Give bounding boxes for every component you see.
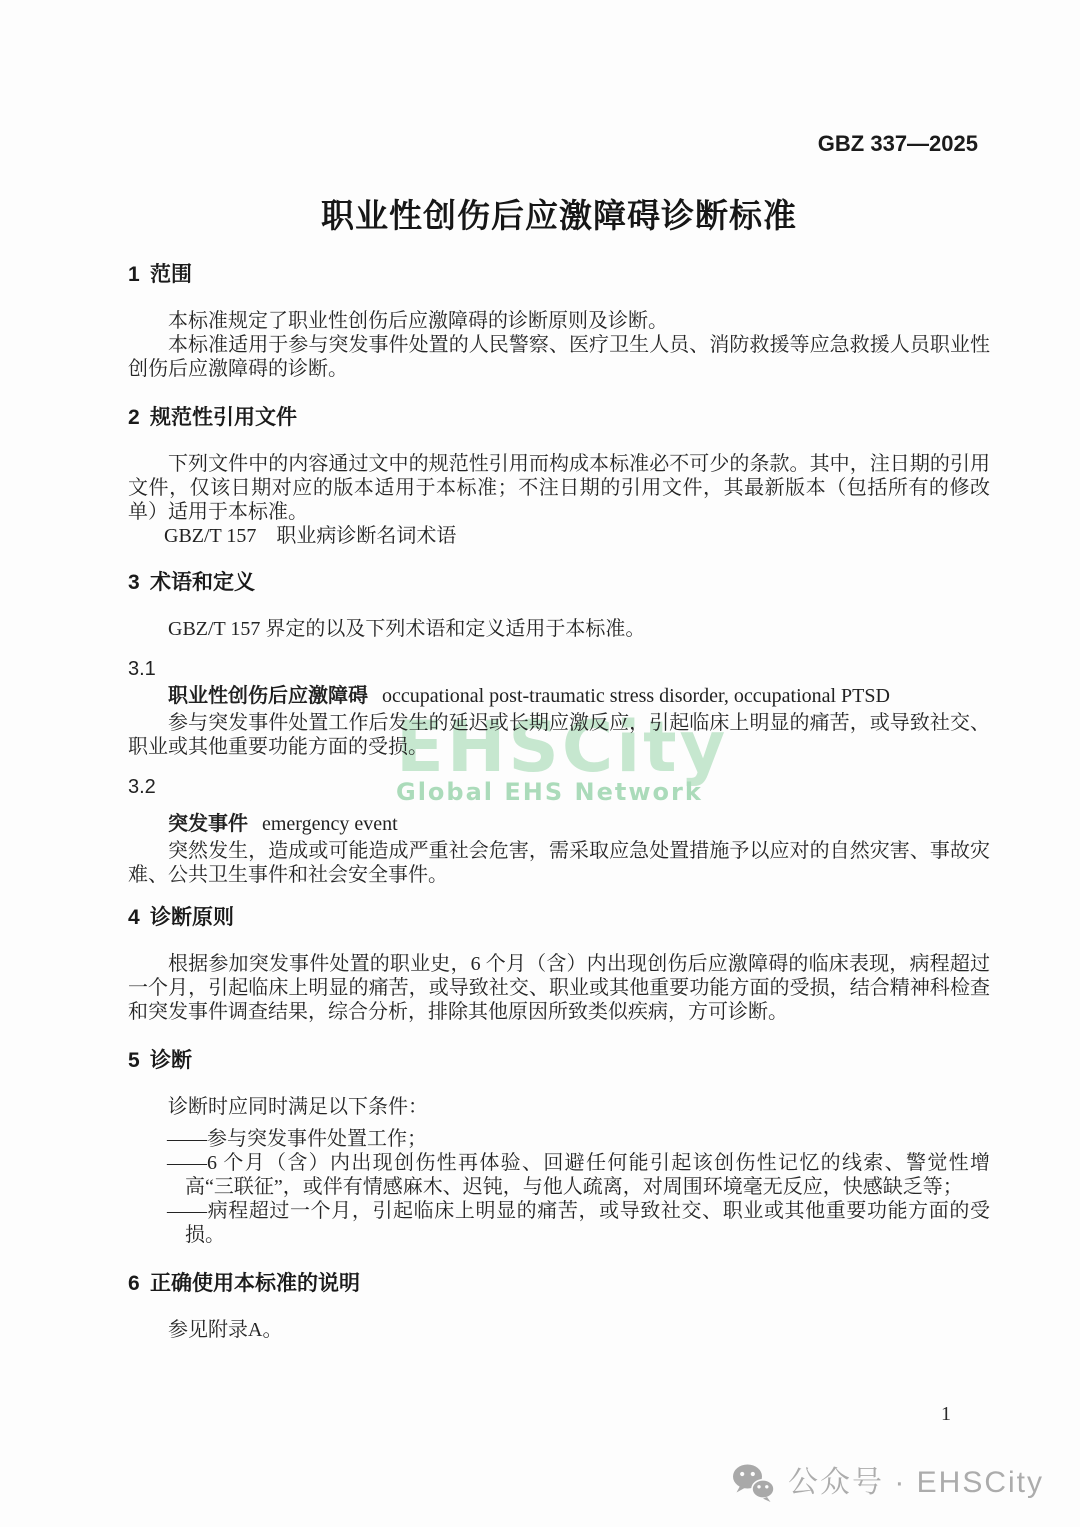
standard-code: GBZ 337—2025 (128, 131, 990, 157)
term-definition: 参与突发事件处置工作后发生的延迟或长期应激反应，引起临床上明显的痛苦，或导致社交… (128, 711, 990, 759)
paragraph: 根据参加突发事件处置的职业史，6 个月（含）内出现创伤后应激障碍的临床表现，病程… (128, 952, 990, 1024)
section-title: 正确使用本标准的说明 (150, 1272, 360, 1295)
wechat-account-label: 公众号 · EHSCity (788, 1461, 1044, 1505)
clause-number: 3.1 (128, 657, 990, 681)
page-number: 1 (941, 1402, 951, 1426)
section-number: 6 (128, 1271, 150, 1297)
wechat-icon (732, 1463, 776, 1503)
section-title: 诊断 (150, 1049, 192, 1072)
term-name-cn: 突发事件 (168, 813, 248, 835)
section-number: 3 (128, 570, 150, 596)
term-name-en: emergency event (262, 813, 398, 835)
section-title: 术语和定义 (150, 571, 255, 594)
list-item: ——6 个月（含）内出现创伤性再体验、回避任何能引起该创伤性记忆的线索、警觉性增… (128, 1151, 990, 1199)
paragraph: 本标准规定了职业性创伤后应激障碍的诊断原则及诊断。 (128, 309, 990, 333)
footer: 公众号 · EHSCity (732, 1461, 1044, 1505)
term-line: 突发事件emergency event (128, 812, 990, 836)
page-title: 职业性创伤后应激障碍诊断标准 (128, 195, 990, 237)
section-2-heading: 2规范性引用文件 (128, 405, 990, 431)
section-title: 范围 (150, 263, 192, 286)
paragraph: 诊断时应同时满足以下条件： (128, 1095, 990, 1119)
section-4-heading: 4诊断原则 (128, 905, 990, 931)
paragraph: GBZ/T 157 界定的以及下列术语和定义适用于本标准。 (128, 617, 990, 641)
page-content: GBZ 337—2025 职业性创伤后应激障碍诊断标准 1范围 本标准规定了职业… (0, 131, 1080, 1342)
term-name-cn: 职业性创伤后应激障碍 (168, 685, 368, 707)
paragraph: 参见附录A。 (128, 1318, 990, 1342)
term-name-en: occupational post-traumatic stress disor… (382, 685, 890, 707)
section-number: 1 (128, 262, 150, 288)
section-title: 诊断原则 (150, 906, 234, 929)
section-title: 规范性引用文件 (150, 406, 297, 429)
section-number: 4 (128, 905, 150, 931)
list-item: ——病程超过一个月，引起临床上明显的痛苦，或导致社交、职业或其他重要功能方面的受… (128, 1199, 990, 1247)
list-item: ——参与突发事件处置工作； (128, 1127, 990, 1151)
section-number: 5 (128, 1048, 150, 1074)
section-number: 2 (128, 405, 150, 431)
normative-reference: GBZ/T 157 职业病诊断名词术语 (128, 524, 990, 548)
section-5-heading: 5诊断 (128, 1048, 990, 1074)
document-page: EHSCity Global EHS Network GBZ 337—2025 … (0, 0, 1080, 1527)
section-6-heading: 6正确使用本标准的说明 (128, 1271, 990, 1297)
section-3-heading: 3术语和定义 (128, 570, 990, 596)
term-line: 职业性创伤后应激障碍occupational post-traumatic st… (128, 684, 990, 708)
term-definition: 突然发生，造成或可能造成严重社会危害，需采取应急处置措施予以应对的自然灾害、事故… (128, 839, 990, 887)
paragraph: 下列文件中的内容通过文中的规范性引用而构成本标准必不可少的条款。其中，注日期的引… (128, 452, 990, 524)
clause-number: 3.2 (128, 775, 990, 799)
diagnosis-conditions-list: ——参与突发事件处置工作； ——6 个月（含）内出现创伤性再体验、回避任何能引起… (128, 1127, 990, 1247)
paragraph: 本标准适用于参与突发事件处置的人民警察、医疗卫生人员、消防救援等应急救援人员职业… (128, 333, 990, 381)
section-1-heading: 1范围 (128, 262, 990, 288)
